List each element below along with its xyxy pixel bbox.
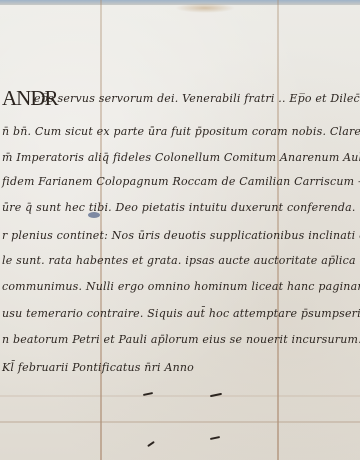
dating-line: Kl̄ februarii Pontificatus n̄ri Anno [2, 361, 194, 374]
text-line-2: n̄ bn̄. Cum sicut ex parte ūra fuit p̄p… [2, 125, 360, 138]
horizontal-fold-faint [0, 395, 360, 397]
manuscript-photo: ANDR ep̅s servus servorum dei. Venerabil… [0, 0, 360, 460]
horizontal-fold [0, 421, 360, 423]
text-line-4: fidem Farianem Colopagnum Roccam de Cami… [2, 175, 360, 188]
ink-mark [210, 436, 220, 440]
text-line-6: r plenius continet: Nos ūris deuotis su… [2, 229, 360, 242]
text-line-3: m̄ Imperatoris aliq̄ fideles Colonellum … [2, 151, 360, 164]
water-stain [175, 3, 235, 13]
text-line-7: le sunt. rata habentes et grata. ipsas a… [2, 254, 360, 267]
text-line-9: usu temerario contraire. Siquis aut̄ hoc… [2, 307, 360, 320]
text-line-5: ūre q̄ sunt hec tibi. Deo pietatis intu… [2, 201, 360, 214]
ink-mark [147, 441, 155, 447]
text-line-1: ep̅s servus servorum dei. Venerabili fra… [34, 92, 360, 105]
text-line-10: n beatorum Petri et Pauli ap̄lorum eius … [2, 333, 360, 346]
text-line-8: communimus. Nulli ergo omnino hominum li… [2, 280, 360, 293]
